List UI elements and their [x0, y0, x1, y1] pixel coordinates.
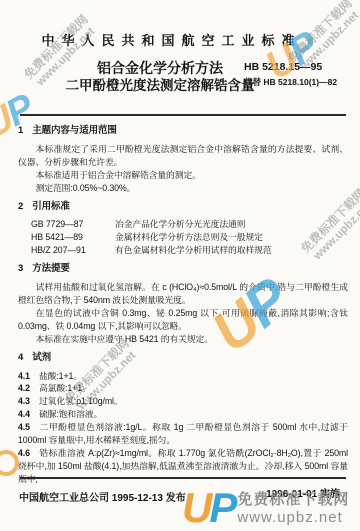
section-2-heading: 2 引用标准 [18, 201, 348, 214]
section-4-heading: 4 试剂 [18, 352, 348, 365]
reference-title: 冶金产品化学分析分光光度法通则 [115, 218, 348, 231]
reagent-item: 4.4硫脲:饱和溶液。 [18, 408, 348, 421]
reagent-item-text: 盐酸:1+1。 [39, 371, 82, 381]
section-2-number: 2 [18, 201, 23, 214]
footer-rule [20, 477, 346, 479]
section-4-title: 试剂 [32, 352, 51, 365]
section-3-heading: 3 方法提要 [18, 263, 348, 276]
replaced-standard: 代替 HB 5218.10(1)—82 [244, 76, 337, 88]
header-rule [20, 114, 346, 116]
reagent-item: 4.5二甲酚橙显色剂溶液:1g/L。称取 1g 二甲酚橙显色剂溶于 500ml … [18, 421, 348, 447]
publish-label: 发布 [166, 493, 186, 504]
publisher-name: 中国航空工业总公司 [19, 493, 109, 504]
standard-number-block: HB 5218.15—95 代替 HB 5218.10(1)—82 [244, 61, 337, 88]
reference-number: GB 7729—87 [31, 218, 115, 231]
reference-number: HB/Z 207—91 [31, 244, 115, 257]
section-1-heading: 1 主题内容与适用范围 [18, 125, 348, 138]
section-1-paragraph-2: 本标准适用于铝合金中溶解锆含量的测定。 [18, 169, 348, 182]
standard-number: HB 5218.15—95 [244, 61, 337, 73]
reagent-item-number: 4.4 [18, 409, 30, 419]
reference-number: HB 5421—89 [31, 231, 115, 244]
reagent-item-number: 4.2 [18, 383, 30, 393]
reagent-item-text: 硫脲:饱和溶液。 [39, 409, 102, 419]
reagent-item-number: 4.3 [18, 396, 30, 406]
section-1-paragraph-1: 本标准规定了采用二甲酚橙光度法测定铝合金中溶解锆含量的方法提要、试剂、仪器、分析… [18, 143, 348, 169]
reagent-item: 4.2高氯酸:1+1。 [18, 382, 348, 395]
implement-statement: 1996-01-01 实施 [266, 485, 340, 500]
section-1-paragraph-3: 测定范围:0.05%~0.30%。 [18, 182, 348, 195]
publish-statement: 中国航空工业总公司 1995-12-13 发布 [19, 489, 186, 504]
implement-label: 实施 [320, 489, 340, 500]
upbz-watermark-text-top-left: 免费标准下载网 www.upbz.net [0, 0, 124, 115]
implement-date: 1996-01-01 [266, 489, 317, 500]
reference-row: HB 5421—89 金属材料化学分析方法总则及一般规定 [18, 231, 348, 244]
reference-row: HB/Z 207—91 有色金属材料化学分析用试样的取样规范 [18, 244, 348, 257]
section-1-title: 主题内容与适用范围 [32, 125, 117, 138]
org-title: 中华人民共和国航空工业标准 [0, 30, 348, 49]
reference-title: 有色金属材料化学分析用试样的取样规范 [115, 244, 348, 257]
reagent-item: 4.3过氧化氢:ρ1.10g/ml。 [18, 395, 348, 408]
watermark-site-url: www.upbz.net [8, 0, 124, 115]
reagent-item-number: 4.1 [18, 371, 30, 381]
section-4-number: 4 [18, 352, 23, 365]
section-3-title: 方法提要 [32, 263, 70, 276]
reagent-item-text: 二甲酚橙显色剂溶液:1g/L。称取 1g 二甲酚橙显色剂溶于 500ml 水中,… [18, 422, 348, 445]
reagent-item: 4.1盐酸:1+1。 [18, 370, 348, 383]
up-logo-partial-icon [0, 450, 19, 476]
reagent-item-number: 4.5 [18, 422, 30, 432]
section-1-number: 1 [18, 125, 23, 138]
reference-title: 金属材料化学分析方法总则及一般规定 [115, 231, 348, 244]
section-3-paragraph-1: 试样用盐酸和过氧化氢溶解。在 c (HClO₄)≈0.5mol/L 的介质中,锆… [18, 281, 348, 307]
publish-date: 1995-12-13 [112, 493, 163, 504]
reference-row: GB 7729—87 冶金产品化学分析分光光度法通则 [18, 218, 348, 231]
up-logo-icon: UP [182, 489, 234, 527]
section-3-number: 3 [18, 263, 23, 276]
section-2-title: 引用标准 [32, 201, 70, 214]
reagent-item: 4.6锆标准溶液 A:ρ(Zr)≈1mg/ml。称取 1.770g 氯化锆酰(Z… [18, 447, 348, 486]
section-3-paragraph-3: 本标准在实施中应遵守 HB 5421 的有关规定。 [18, 333, 348, 346]
reagent-item-number: 4.6 [18, 448, 30, 458]
reagent-item-text: 高氯酸:1+1。 [39, 383, 91, 393]
section-3-paragraph-2: 在显色的试液中含铜 0.3mg、铋 0.25mg 以下,可用硫脲掩蔽,消除其影响… [18, 307, 348, 333]
watermark-site-url: www.upbz.net [237, 509, 349, 526]
standard-document-page: { "header": { "org_title": "中华人民共和国航空工业标… [0, 0, 360, 531]
reagent-item-text: 过氧化氢:ρ1.10g/ml。 [39, 396, 123, 406]
document-body: 1 主题内容与适用范围 本标准规定了采用二甲酚橙光度法测定铝合金中溶解锆含量的方… [18, 125, 348, 486]
